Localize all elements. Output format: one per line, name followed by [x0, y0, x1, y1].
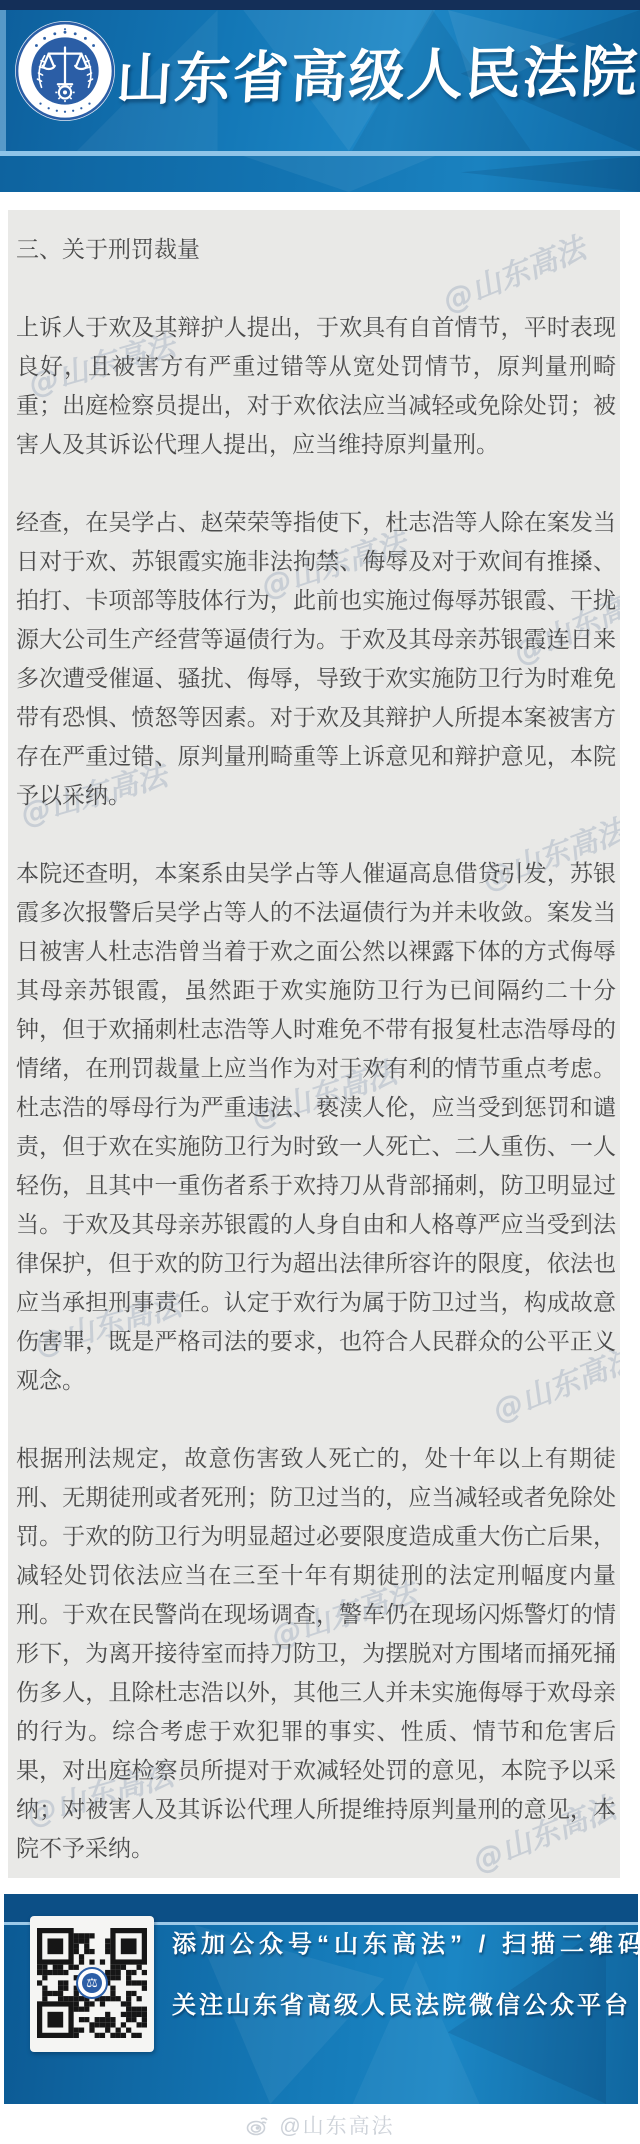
banner-facet: [461, 156, 640, 192]
weibo-handle: @山东高法: [279, 2110, 394, 2140]
weibo-icon: [245, 2113, 271, 2137]
header-top-strip: [0, 0, 640, 10]
paragraph-sentencing-law: 根据刑法规定，故意伤害致人死亡的，处十年以上有期徒刑、无期徒刑或者死刑；防卫过当…: [16, 1439, 616, 1868]
court-title-calligraphy: 山东省高级人民法院: [125, 18, 631, 127]
section-heading: 三、关于刑罚裁量: [16, 230, 616, 269]
paragraph-court-findings: 本院还查明，本案系由吴学占等人催逼高息借贷引发，苏银霞多次报警后吴学占等人的不法…: [16, 854, 616, 1400]
qr-center-logo-icon: ⚖: [76, 1967, 108, 1999]
paragraph-appeal-claims: 上诉人于欢及其辩护人提出，于欢具有自首情节，平时表现良好，且被害方有严重过错等从…: [16, 308, 616, 464]
header-sub-band: [0, 156, 640, 192]
qr-code: ⚖: [30, 1916, 154, 2052]
document-panel: @山东高法 @山东高法 @山东高法 @山东高法 @山东高法 @山东高法 @山东高…: [8, 210, 620, 1878]
banner-facet: [243, 156, 435, 192]
footer-line2: 关注山东省高级人民法院微信公众平台: [172, 1985, 628, 2020]
footer-banner: ⚖ 添加公众号“山东高法” / 扫描二维码 关注山东省高级人民法院微信公众平台: [4, 1894, 638, 2104]
court-emblem-icon: [14, 20, 116, 122]
header-banner: 山东省高级人民法院: [0, 0, 640, 192]
weibo-watermark: @山东高法: [0, 2108, 640, 2142]
paragraph-investigation: 经查，在吴学占、赵荣荣等指使下，杜志浩等人除在案发当日对于欢、苏银霞实施非法拘禁…: [16, 503, 616, 815]
header-left-edge: [0, 10, 6, 151]
footer-line1: 添加公众号“山东高法” / 扫描二维码: [172, 1924, 628, 1959]
